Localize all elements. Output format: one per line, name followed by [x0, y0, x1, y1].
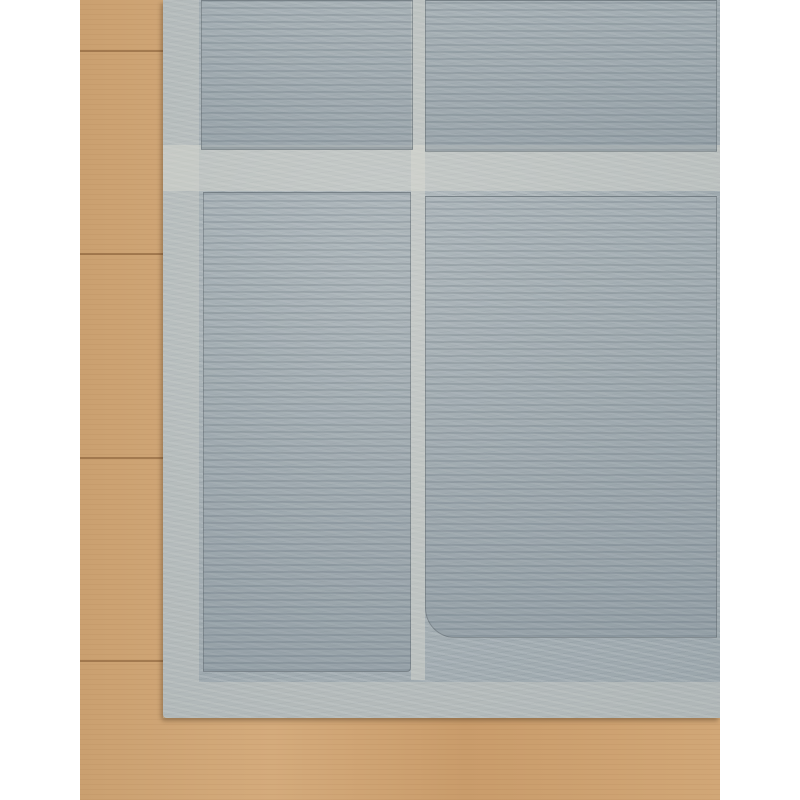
- rug-panel: [201, 0, 413, 150]
- product-photo: [80, 0, 720, 800]
- rug-panel: [203, 192, 411, 672]
- rug: [163, 0, 720, 718]
- rug-panel: [425, 196, 717, 638]
- rug-vertical-band: [411, 0, 425, 680]
- rug-panel: [425, 0, 717, 152]
